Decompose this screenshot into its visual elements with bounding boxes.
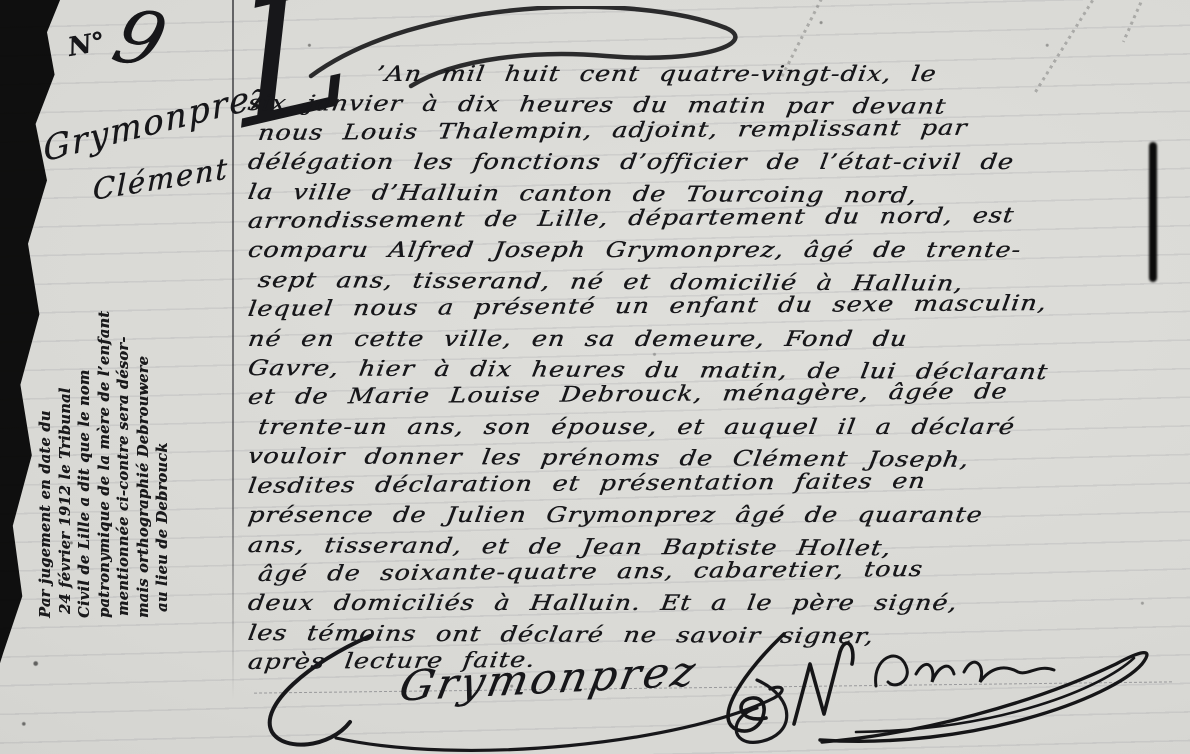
margin-note-line: mais orthographié Debrouwere	[134, 280, 154, 618]
act-number-label: N°	[66, 27, 107, 63]
body-line: et de Marie Louise Debrouck, ménagère, â…	[246, 375, 1190, 413]
margin-note-line: patronymique de la mère de l’enfant	[95, 280, 115, 618]
body-line: comparu Alfred Joseph Grymonprez, âgé de…	[246, 236, 1190, 265]
body-line: trente-un ans, son épouse, et auquel il …	[256, 413, 1190, 442]
margin-child-firstname: Clément	[93, 151, 230, 207]
body-line: délégation les fonctions d’officier de l…	[246, 148, 1190, 177]
margin-note-line: au lieu de Debrouck	[153, 280, 173, 612]
margin-note-line: Par jugement en date du	[36, 280, 56, 618]
body-line: né en cette ville, en sa demeure, Fond d…	[246, 325, 1190, 354]
act-number: 9	[104, 0, 176, 84]
body-line: présence de Julien Grymonprez âgé de qua…	[246, 501, 1190, 530]
margin-annotation-judgment: Par jugement en date du 24 février 1912 …	[36, 280, 188, 618]
body-line: ’An mil huit cent quatre-vingt-dix, le	[374, 60, 1190, 89]
margin-note-line: mentionnée ci-contre sera désor-	[114, 280, 134, 616]
officer-signature	[672, 612, 1187, 754]
officer-signature-flourish	[672, 612, 1187, 754]
civil-register-scan: N° 9 Grymonprez Clément Par jugement en …	[0, 0, 1190, 754]
margin-child-surname: Grymonprez	[42, 74, 271, 171]
margin-note-line: Civil de Lille a dit que le nom	[75, 280, 95, 618]
scan-streak	[1122, 0, 1145, 42]
margin-note-line: 24 février 1912 le Tribunal	[56, 280, 76, 614]
act-body-text: ’An mil huit cent quatre-vingt-dix, le s…	[248, 60, 1178, 678]
